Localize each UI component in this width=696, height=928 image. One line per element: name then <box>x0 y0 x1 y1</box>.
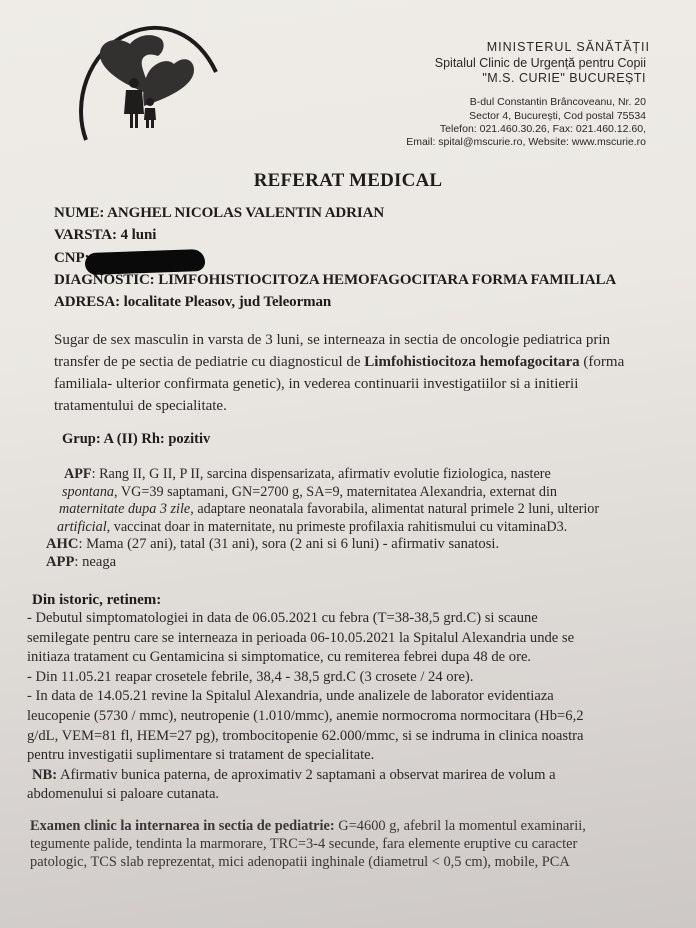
patient-diagnosis: DIAGNOSTIC: LIMFOHISTIOCITOZA HEMOFAGOCI… <box>54 272 616 289</box>
nb-line: abdomenului si paloare cutanata. <box>27 785 584 805</box>
blood-group: Grup: A (II) Rh: pozitiv <box>62 431 210 448</box>
hospital-title: "M.S. CURIE" BUCUREȘTI <box>482 71 646 85</box>
intro-line: tratamentului de specialitate. <box>54 395 624 417</box>
app-label: APP <box>46 554 74 570</box>
phone-fax: Telefon: 021.460.30.26, Fax: 021.460.12.… <box>440 123 646 135</box>
intro-line: familiala- ulterior confirmata genetic),… <box>54 373 624 395</box>
diagnosis-bold: Limfohistiocitoza hemofagocitara <box>364 354 579 370</box>
history-line: g/dL, VEM=81 fl, HEM=27 pg), trombocitop… <box>27 727 584 747</box>
intro-line: Sugar de sex masculin in varsta de 3 lun… <box>54 329 624 351</box>
age-label: VARSTA: <box>54 227 117 243</box>
address-line-2: Sector 4, București, Cod postal 75534 <box>469 110 646 122</box>
age-value: 4 luni <box>121 227 157 243</box>
exam-label: Examen clinic la internarea in sectia de… <box>30 818 335 834</box>
address-label: ADRESA: <box>54 294 120 310</box>
patient-address: ADRESA: localitate Pleasov, jud Teleorma… <box>54 294 331 311</box>
app-section: APP: neaga <box>46 554 116 572</box>
ministry-name: MINISTERUL SĂNĂTĂȚII <box>487 40 650 54</box>
history-line: semilegate pentru care se interneaza in … <box>27 629 584 649</box>
patient-name: NUME: ANGHEL NICOLAS VALENTIN ADRIAN <box>54 205 384 222</box>
history-line: - In data de 14.05.21 revine la Spitalul… <box>27 687 584 707</box>
history-line: leucopenie (5730 / mmc), neutropenie (1.… <box>27 707 584 727</box>
exam-line: patologic, TCS slab reprezentat, mici ad… <box>30 853 586 871</box>
ahc-label: AHC <box>46 536 78 552</box>
address-line-1: B-dul Constantin Brâncoveanu, Nr. 20 <box>470 96 646 108</box>
nb-label: NB: <box>32 767 57 783</box>
history-line: initiaza tratament cu Gentamicina si sim… <box>27 648 584 668</box>
patient-age: VARSTA: 4 luni <box>54 227 156 244</box>
history-title: Din istoric, retinem: <box>32 592 161 609</box>
heart-family-logo-icon <box>78 22 218 148</box>
diagnosis-value: LIMFOHISTIOCITOZA HEMOFAGOCITARA FORMA F… <box>158 272 616 288</box>
document-title: REFERAT MEDICAL <box>0 170 696 192</box>
intro-line: transfer de pe sectia de pediatrie cu di… <box>54 351 624 373</box>
clinical-exam: Examen clinic la internarea in sectia de… <box>30 817 586 871</box>
history-line: - Debutul simptomatologiei in data de 06… <box>27 609 584 629</box>
history-list: - Debutul simptomatologiei in data de 06… <box>27 609 584 805</box>
email-website: Email: spital@mscurie.ro, Website: www.m… <box>406 136 646 148</box>
name-value: ANGHEL NICOLAS VALENTIN ADRIAN <box>107 205 384 221</box>
exam-line: tegumente palide, tendinta la marmorare,… <box>30 835 586 853</box>
history-line: - Din 11.05.21 reapar crosetele febrile,… <box>27 668 584 688</box>
ahc-section: AHC: Mama (27 ani), tatal (31 ani), sora… <box>46 536 499 554</box>
apf-label: APF <box>64 466 92 482</box>
intro-paragraph: Sugar de sex masculin in varsta de 3 lun… <box>54 329 624 417</box>
apf-section: APF: Rang II, G II, P II, sarcina dispen… <box>64 466 599 536</box>
diagnosis-label: DIAGNOSTIC: <box>54 272 155 288</box>
hospital-name: Spitalul Clinic de Urgență pentru Copii <box>435 56 646 70</box>
history-line: pentru investigatii suplimentare si trat… <box>27 746 584 766</box>
name-label: NUME: <box>54 205 104 221</box>
address-value: localitate Pleasov, jud Teleorman <box>124 294 332 310</box>
nb-note: NB: Afirmativ bunica paterna, de aproxim… <box>32 766 584 786</box>
